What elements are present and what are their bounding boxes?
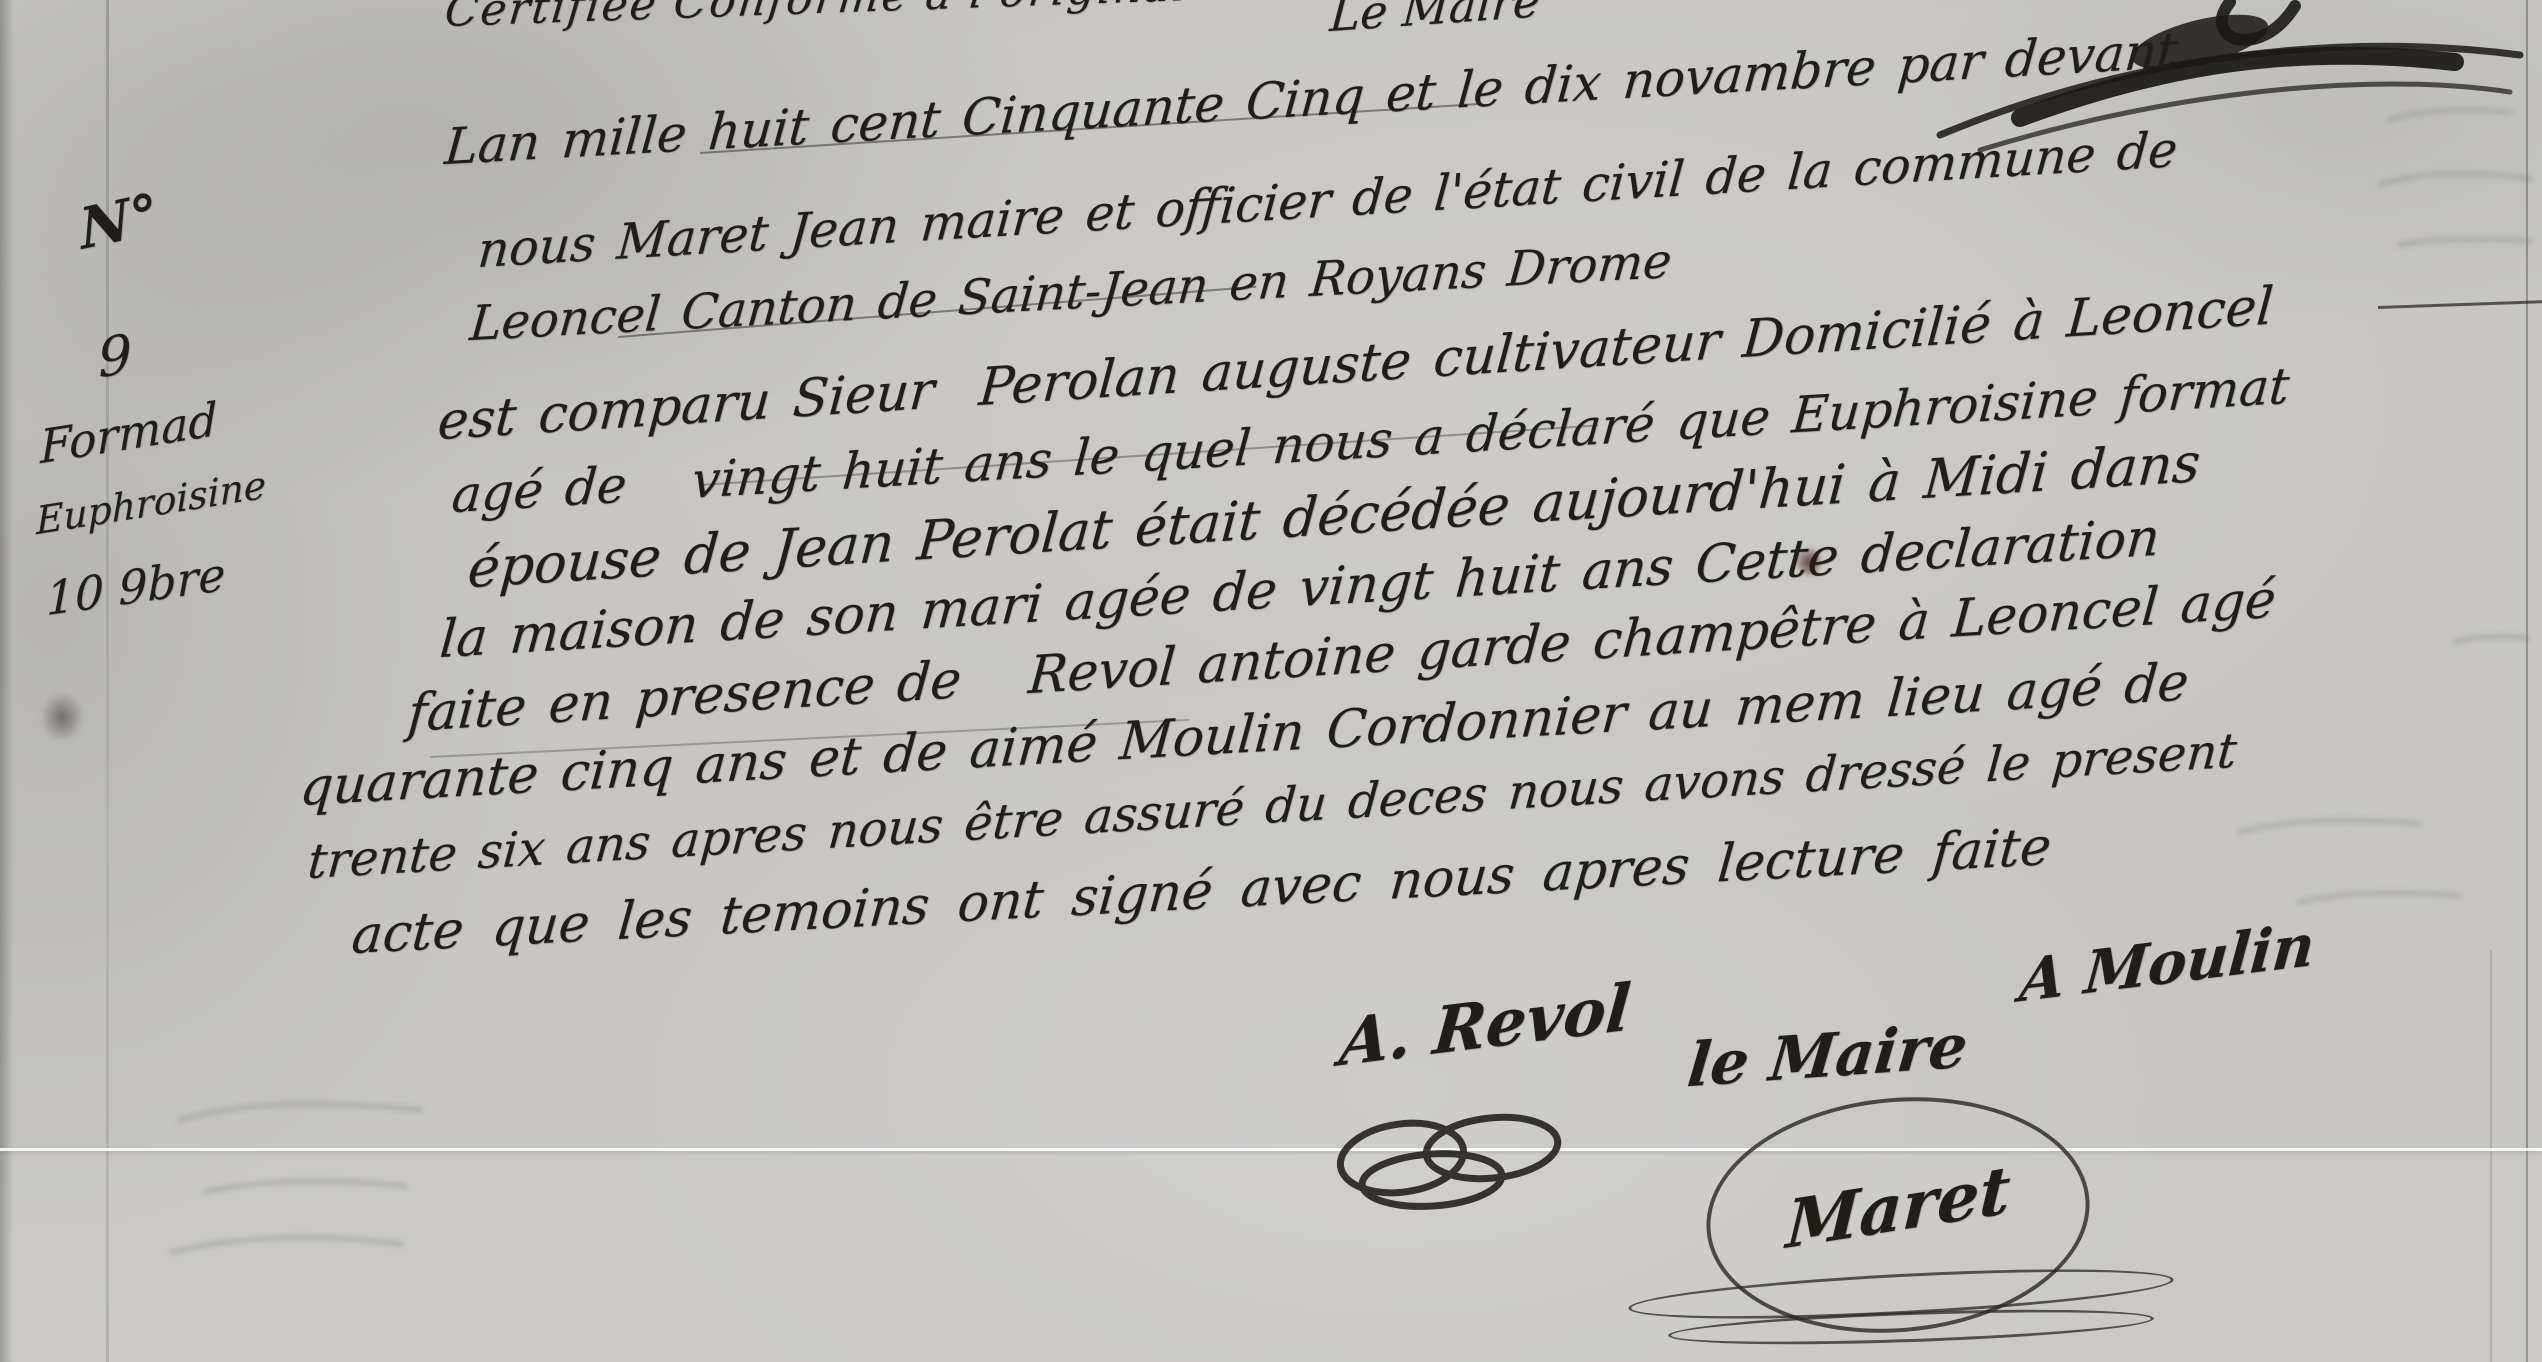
signature-mayor-title: le Maire — [1685, 1016, 1970, 1096]
margin-number-symbol: N° — [77, 186, 160, 258]
revol-paraphe-loops — [1322, 1088, 1682, 1218]
margin-act-number: 9 — [97, 327, 133, 386]
scanned-death-record-page: Certifiée Conforme à l'original Le Maire… — [0, 0, 2542, 1362]
signature-maret: Maret — [1785, 1156, 2012, 1258]
